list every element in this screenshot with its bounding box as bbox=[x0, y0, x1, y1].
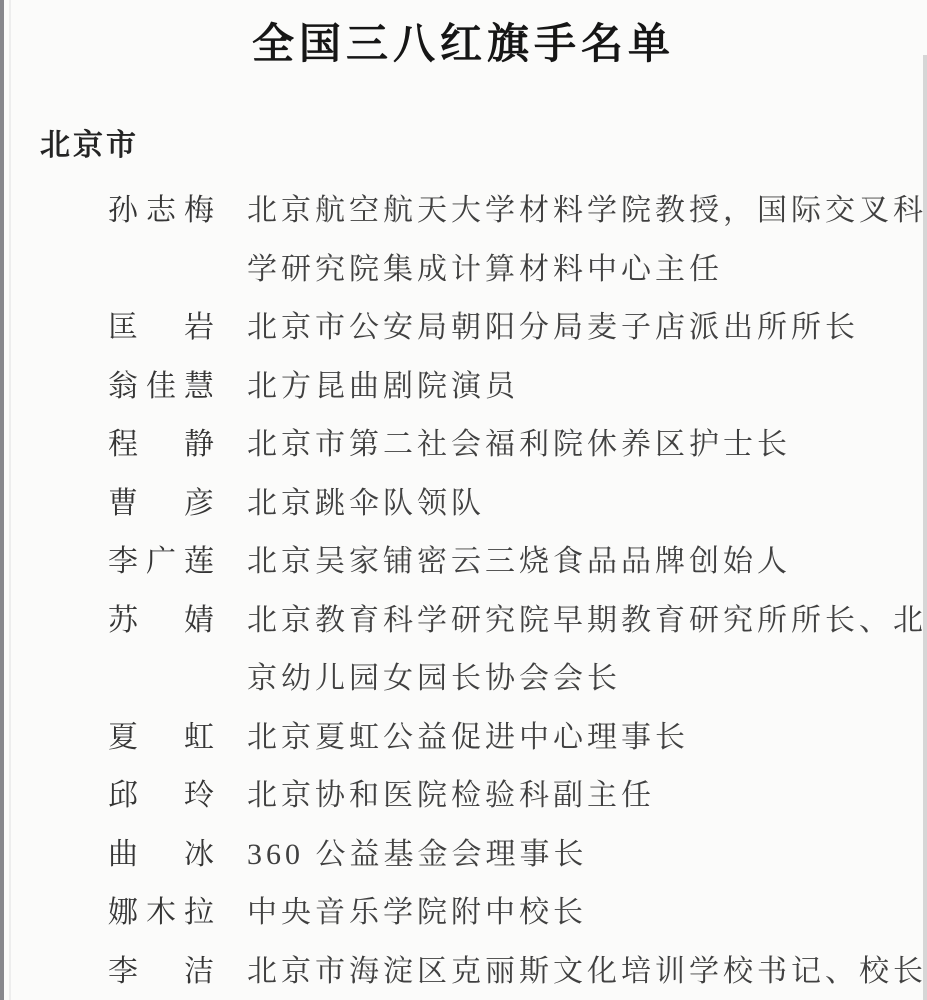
person-name: 邱玲 bbox=[108, 767, 214, 826]
list-item: 苏婧 北京教育科学研究院早期教育研究所所长、北 bbox=[108, 592, 927, 651]
person-name: 李广莲 bbox=[108, 533, 214, 592]
person-title-line: 北京跳伞队领队 bbox=[247, 475, 485, 534]
section-header-beijing: 北京市 bbox=[0, 128, 927, 164]
list-item-continuation: 学研究院集成计算材料中心主任 bbox=[108, 241, 927, 300]
person-title-line: 京幼儿园女园长协会会长 bbox=[247, 650, 621, 709]
person-name: 孙志梅 bbox=[108, 182, 214, 241]
person-title-line: 北京教育科学研究院早期教育研究所所长、北 bbox=[247, 592, 927, 651]
person-title-line: 中央音乐学院附中校长 bbox=[247, 884, 587, 943]
person-title-line: 北京市第二社会福利院休养区护士长 bbox=[247, 416, 791, 475]
person-title-line: 北方昆曲剧院演员 bbox=[247, 358, 519, 417]
person-title-line: 北京夏虹公益促进中心理事长 bbox=[247, 709, 689, 768]
list-item-continuation: 京幼儿园女园长协会会长 bbox=[108, 650, 927, 709]
scan-edge-left-line bbox=[9, 0, 11, 1000]
list-item: 曲冰 360 公益基金会理事长 bbox=[108, 826, 927, 885]
person-name: 夏虹 bbox=[108, 709, 214, 768]
honoree-list: 孙志梅 北京航空航天大学材料学院教授，国际交叉科 学研究院集成计算材料中心主任 … bbox=[0, 182, 927, 1000]
list-item: 翁佳慧 北方昆曲剧院演员 bbox=[108, 358, 927, 417]
scanned-document-page: { "document": { "title": "全国三八红旗手名单", "s… bbox=[0, 0, 927, 1000]
person-title-line: 北京协和医院检验科副主任 bbox=[247, 767, 655, 826]
list-item: 娜木拉 中央音乐学院附中校长 bbox=[108, 884, 927, 943]
person-name: 李洁 bbox=[108, 943, 214, 1000]
list-item: 邱玲 北京协和医院检验科副主任 bbox=[108, 767, 927, 826]
person-name: 翁佳慧 bbox=[108, 358, 214, 417]
list-item: 曹彦 北京跳伞队领队 bbox=[108, 475, 927, 534]
list-item: 匡岩 北京市公安局朝阳分局麦子店派出所所长 bbox=[108, 299, 927, 358]
person-title-line: 北京吴家铺密云三烧食品品牌创始人 bbox=[247, 533, 791, 592]
person-title-line: 北京市海淀区克丽斯文化培训学校书记、校长 bbox=[247, 943, 927, 1000]
list-item: 李广莲 北京吴家铺密云三烧食品品牌创始人 bbox=[108, 533, 927, 592]
person-title-line: 北京市公安局朝阳分局麦子店派出所所长 bbox=[247, 299, 859, 358]
person-name: 程静 bbox=[108, 416, 214, 475]
list-item: 夏虹 北京夏虹公益促进中心理事长 bbox=[108, 709, 927, 768]
person-name: 匡岩 bbox=[108, 299, 214, 358]
person-name: 曹彦 bbox=[108, 475, 214, 534]
person-title-line: 北京航空航天大学材料学院教授，国际交叉科 bbox=[247, 182, 927, 241]
person-title-line: 学研究院集成计算材料中心主任 bbox=[247, 241, 723, 300]
list-item: 孙志梅 北京航空航天大学材料学院教授，国际交叉科 bbox=[108, 182, 927, 241]
person-name: 娜木拉 bbox=[108, 884, 214, 943]
scan-edge-left-strip bbox=[0, 0, 4, 1000]
person-title-line: 360 公益基金会理事长 bbox=[247, 826, 588, 885]
list-item: 李洁 北京市海淀区克丽斯文化培训学校书记、校长 bbox=[108, 943, 927, 1000]
person-name: 曲冰 bbox=[108, 826, 214, 885]
scan-edge-right-strip bbox=[923, 55, 927, 1000]
list-item: 程静 北京市第二社会福利院休养区护士长 bbox=[108, 416, 927, 475]
page-title: 全国三八红旗手名单 bbox=[0, 16, 927, 74]
person-name: 苏婧 bbox=[108, 592, 214, 651]
